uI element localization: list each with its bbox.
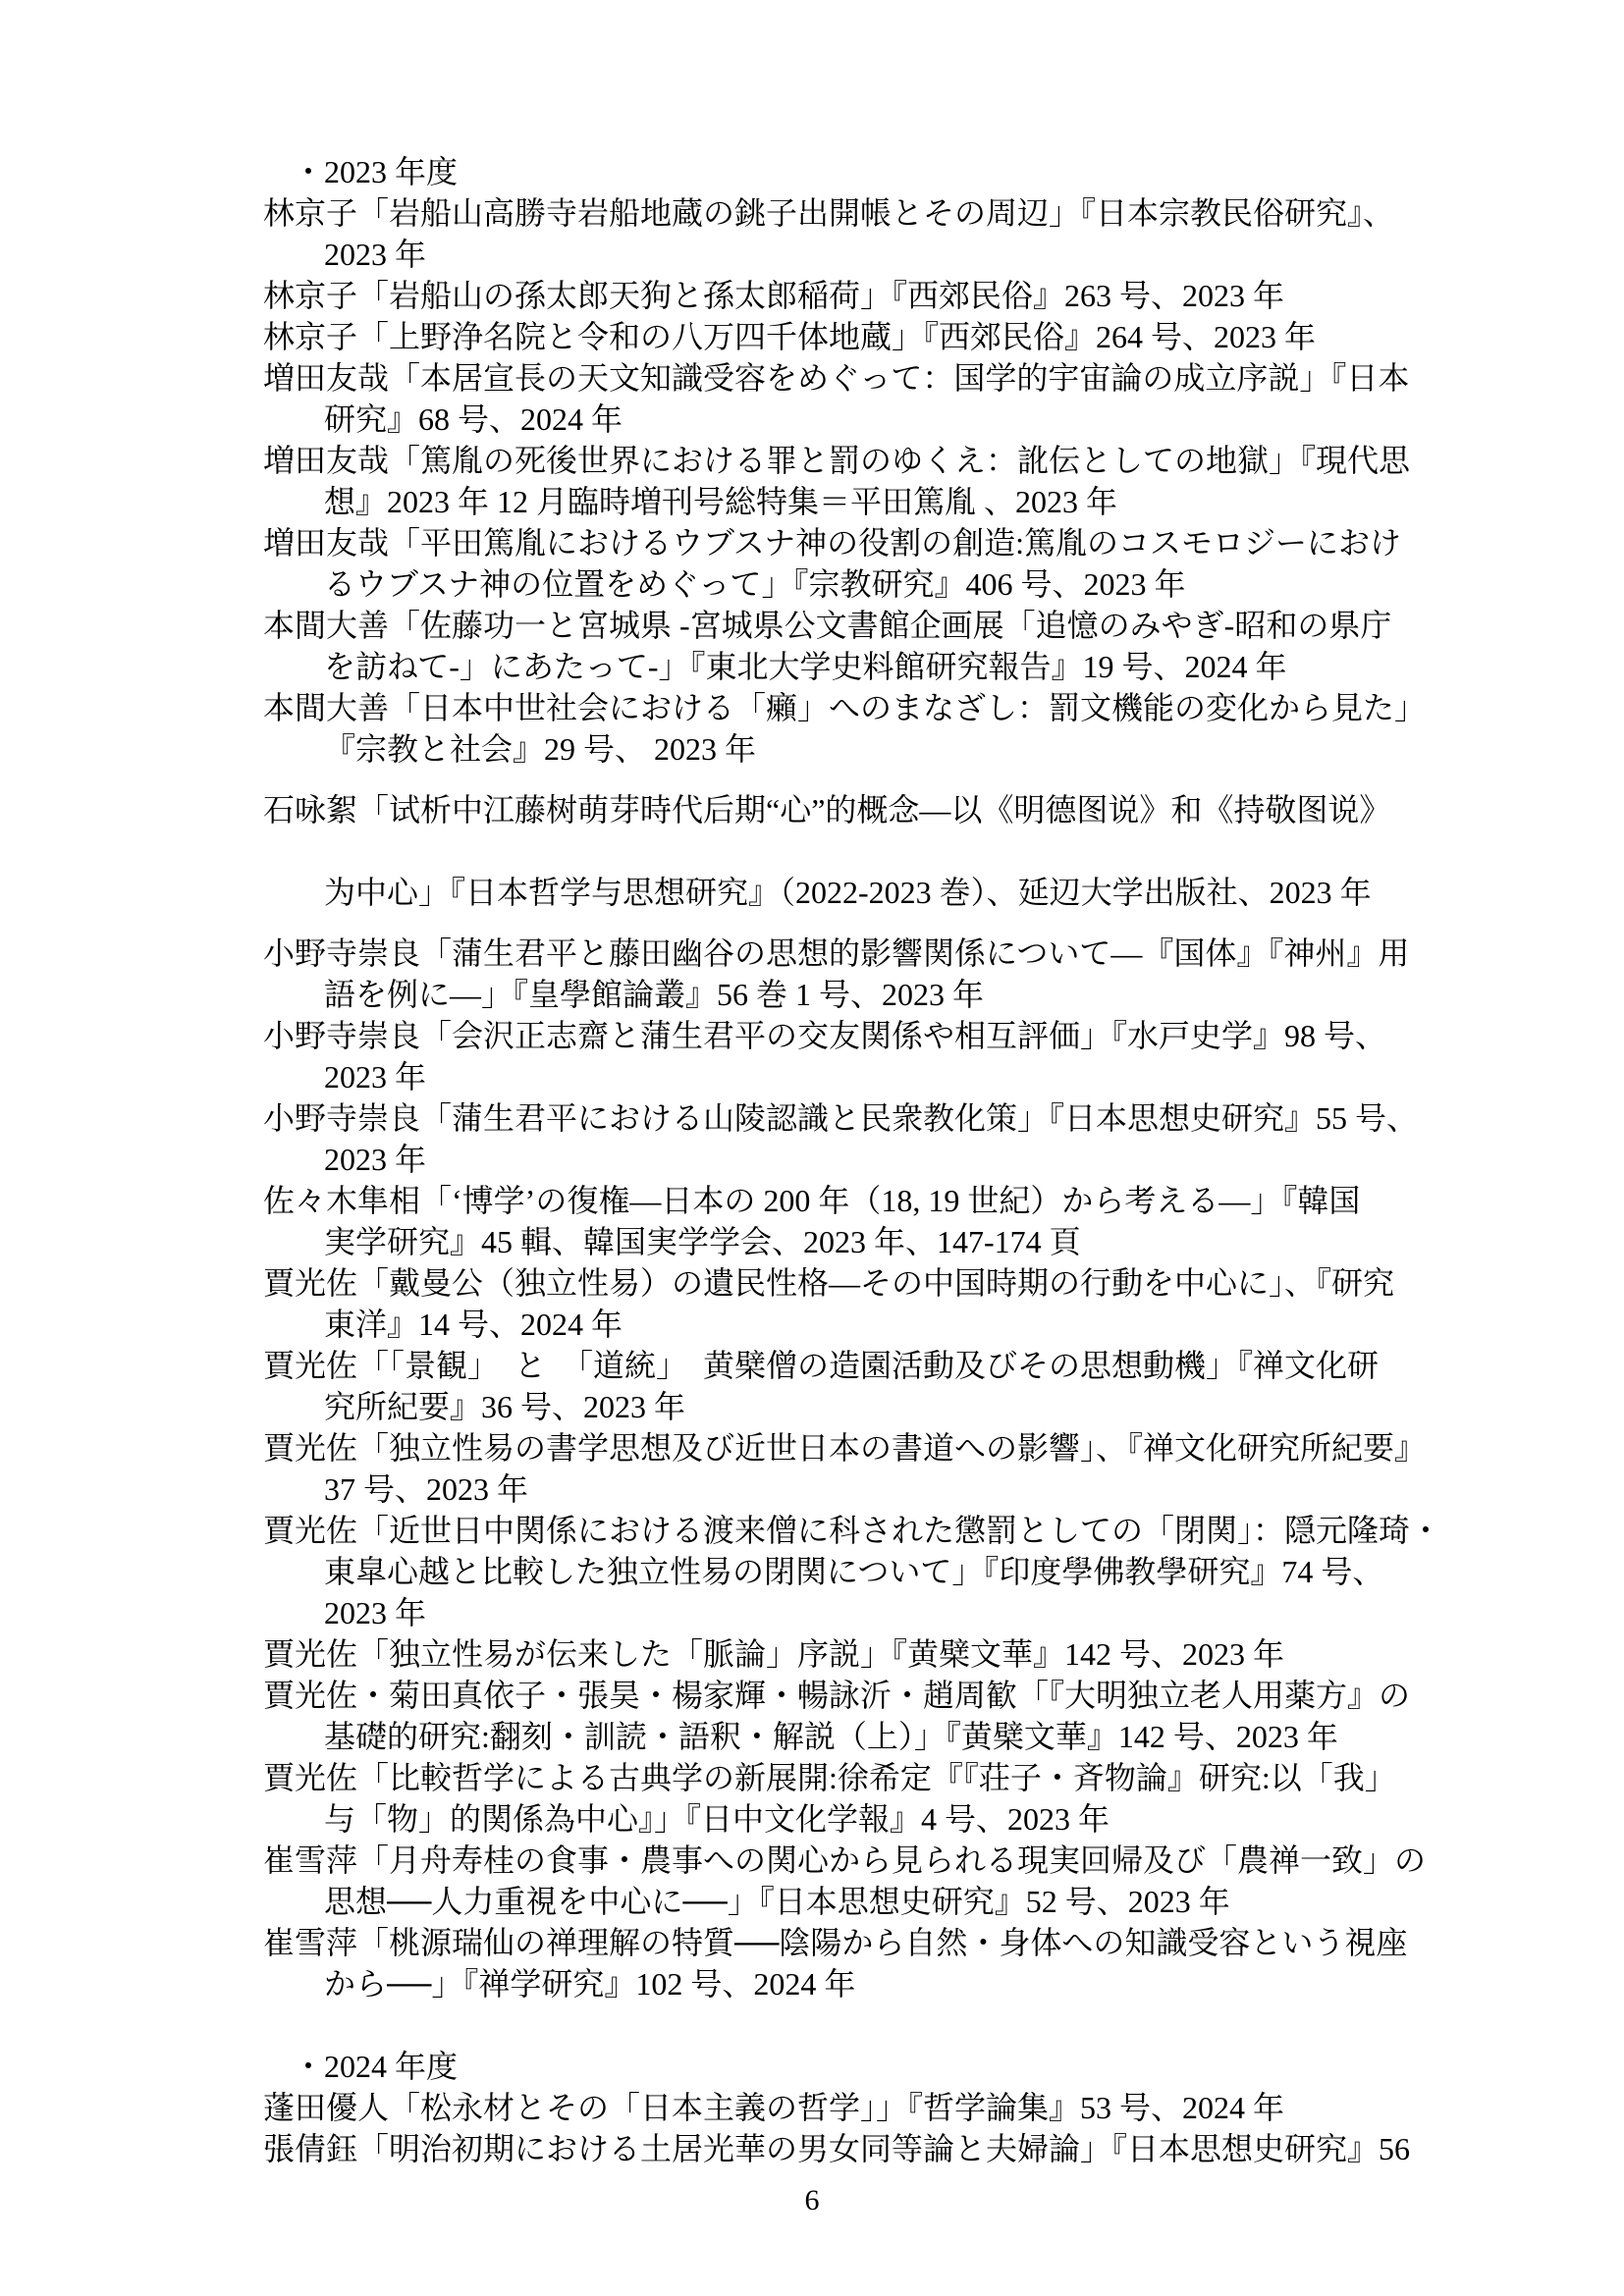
citation-line: 『宗教と社会』29 号、 2023 年 — [263, 728, 1451, 770]
citation-entry: 石咏絮「试析中江藤树萌芽時代后期“心”的概念―以《明德图说》和《持敬图说》为中心… — [263, 789, 1451, 913]
citation-line: を訪ねて-」にあたって-」『東北大学史料館研究報告』19 号、2024 年 — [263, 646, 1451, 687]
citation-line: 基礎的研究:翻刻・訓読・語釈・解説（上）」『黄檗文華』142 号、2023 年 — [263, 1716, 1451, 1757]
citation-line: るウブスナ神の位置をめぐって」『宗教研究』406 号、2023 年 — [263, 563, 1451, 605]
citation-line: 賈光佐「「景観」 と 「道統」 黄檗僧の造園活動及びその思想動機」『禅文化研 — [263, 1345, 1451, 1386]
citation-line: 37 号、2023 年 — [263, 1468, 1451, 1510]
citation-entry: 賈光佐「比較哲学による古典学の新展開:徐希定『『荘子・斉物論』研究:以「我」与「… — [263, 1757, 1451, 1840]
citation-line: 林京子「上野浄名院と令和の八万四千体地蔵」『西郊民俗』264 号、2023 年 — [263, 316, 1451, 357]
citation-entry: 林京子「上野浄名院と令和の八万四千体地蔵」『西郊民俗』264 号、2023 年 — [263, 316, 1451, 357]
citation-entry: 小野寺崇良「蒲生君平における山陵認識と民衆教化策」『日本思想史研究』55 号、2… — [263, 1097, 1451, 1180]
citation-entry: 林京子「岩船山の孫太郎天狗と孫太郎稲荷」『西郊民俗』263 号、2023 年 — [263, 275, 1451, 316]
citation-line: 2023 年 — [263, 1056, 1451, 1097]
citation-entry: 小野寺崇良「会沢正志齋と蒲生君平の交友関係や相互評価」『水戸史学』98 号、20… — [263, 1015, 1451, 1097]
citation-line: 究所紀要』36 号、2023 年 — [263, 1386, 1451, 1427]
citation-entry: 賈光佐「独立性易の書学思想及び近世日本の書道への影響」、『禅文化研究所紀要』37… — [263, 1427, 1451, 1510]
citation-entry: 佐々木隼相「‘博学’の復権―日本の 200 年（18, 19 世紀）から考える―… — [263, 1180, 1451, 1262]
citation-line: 賈光佐「比較哲学による古典学の新展開:徐希定『『荘子・斉物論』研究:以「我」 — [263, 1757, 1451, 1798]
citation-line: 林京子「岩船山の孫太郎天狗と孫太郎稲荷」『西郊民俗』263 号、2023 年 — [263, 275, 1451, 316]
citation-line: 石咏絮「试析中江藤树萌芽時代后期“心”的概念―以《明德图说》和《持敬图说》 — [263, 789, 1451, 830]
citation-line: 2023 年 — [263, 1139, 1451, 1180]
citation-entry: 小野寺崇良「蒲生君平と藤田幽谷の思想的影響関係について―『国体』『神州』用語を例… — [263, 933, 1451, 1015]
citation-line: 賈光佐「戴曼公（独立性易）の遺民性格―その中国時期の行動を中心に」、『研究 — [263, 1262, 1451, 1304]
citation-line: 本間大善「日本中世社会における「癩」へのまなざし：罰文機能の変化から見た」 — [263, 687, 1451, 728]
citation-entry: 蓬田優人「松永材とその「日本主義の哲学」」『哲学論集』53 号、2024 年 — [263, 2087, 1451, 2128]
citation-entry: 林京子「岩船山高勝寺岩船地蔵の銚子出開帳とその周辺」『日本宗教民俗研究』、202… — [263, 192, 1451, 275]
citation-entry: 増田友哉「平田篤胤におけるウブスナ神の役割の創造:篤胤のコスモロジーにおけるウブ… — [263, 522, 1451, 605]
document-page: ・2023 年度林京子「岩船山高勝寺岩船地蔵の銚子出開帳とその周辺」『日本宗教民… — [0, 0, 1624, 2296]
citation-entry: 崔雪萍「桃源瑞仙の禅理解の特質──陰陽から自然・身体への知識受容という視座から─… — [263, 1922, 1451, 2004]
citation-entry: 崔雪萍「月舟寿桂の食事・農事への関心から見られる現実回帰及び「農禅一致」の思想─… — [263, 1840, 1451, 1922]
citation-entry: 本間大善「日本中世社会における「癩」へのまなざし：罰文機能の変化から見た」『宗教… — [263, 687, 1451, 770]
citation-line: 張倩鈺「明治初期における土居光華の男女同等論と夫婦論」『日本思想史研究』56 — [263, 2128, 1451, 2169]
section-heading: ・2023 年度 — [263, 151, 1451, 192]
citation-line: から──」『禅学研究』102 号、2024 年 — [263, 1963, 1451, 2004]
citation-line: 賈光佐「独立性易の書学思想及び近世日本の書道への影響」、『禅文化研究所紀要』 — [263, 1427, 1451, 1468]
citation-line: 与「物」的関係為中心』」『日中文化学報』4 号、2023 年 — [263, 1798, 1451, 1840]
citation-entry: 賈光佐「戴曼公（独立性易）の遺民性格―その中国時期の行動を中心に」、『研究東洋』… — [263, 1262, 1451, 1345]
citation-line: 本間大善「佐藤功一と宮城県 -宮城県公文書館企画展「追憶のみやぎ-昭和の県庁 — [263, 605, 1451, 646]
citation-line: 実学研究』45 輯、韓国実学学会、2023 年、147-174 頁 — [263, 1221, 1451, 1262]
citation-line: 賈光佐・菊田真依子・張昊・楊家輝・暢詠沂・趙周歓「『大明独立老人用薬方』の — [263, 1675, 1451, 1716]
citation-line: 林京子「岩船山高勝寺岩船地蔵の銚子出開帳とその周辺」『日本宗教民俗研究』、 — [263, 192, 1451, 234]
citation-line: 为中心」『日本哲学与思想研究』（2022-2023 巻）、延辺大学出版社、202… — [263, 872, 1451, 913]
citation-entry: 増田友哉「篤胤の死後世界における罪と罰のゆくえ：訛伝としての地獄」『現代思想』2… — [263, 440, 1451, 522]
citation-line: 賈光佐「近世日中関係における渡来僧に科された懲罰としての「閉関」：隠元隆琦・ — [263, 1510, 1451, 1551]
citation-line: 増田友哉「平田篤胤におけるウブスナ神の役割の創造:篤胤のコスモロジーにおけ — [263, 522, 1451, 563]
citation-line: 東洋』14 号、2024 年 — [263, 1304, 1451, 1345]
citation-entry: 賈光佐「近世日中関係における渡来僧に科された懲罰としての「閉関」：隠元隆琦・東皐… — [263, 1510, 1451, 1633]
citation-entry: 賈光佐「「景観」 と 「道統」 黄檗僧の造園活動及びその思想動機」『禅文化研究所… — [263, 1345, 1451, 1427]
citation-line: 増田友哉「本居宣長の天文知識受容をめぐって：国学的宇宙論の成立序説」『日本 — [263, 357, 1451, 399]
citation-line: 佐々木隼相「‘博学’の復権―日本の 200 年（18, 19 世紀）から考える―… — [263, 1180, 1451, 1221]
citation-line: 賈光佐「独立性易が伝来した「脈論」序説」『黄檗文華』142 号、2023 年 — [263, 1633, 1451, 1675]
citation-entry: 賈光佐・菊田真依子・張昊・楊家輝・暢詠沂・趙周歓「『大明独立老人用薬方』の基礎的… — [263, 1675, 1451, 1757]
citation-line: 蓬田優人「松永材とその「日本主義の哲学」」『哲学論集』53 号、2024 年 — [263, 2087, 1451, 2128]
citation-entry: 賈光佐「独立性易が伝来した「脈論」序説」『黄檗文華』142 号、2023 年 — [263, 1633, 1451, 1675]
citation-line: 想』2023 年 12 月臨時増刊号総特集＝平田篤胤 、2023 年 — [263, 481, 1451, 522]
citation-entry: 増田友哉「本居宣長の天文知識受容をめぐって：国学的宇宙論の成立序説」『日本研究』… — [263, 357, 1451, 440]
citation-line: 2023 年 — [263, 234, 1451, 275]
citation-line: 小野寺崇良「蒲生君平と藤田幽谷の思想的影響関係について―『国体』『神州』用 — [263, 933, 1451, 974]
citation-line: 東皐心越と比較した独立性易の閉関について」『印度學佛教學研究』74 号、 — [263, 1551, 1451, 1592]
citation-line: 小野寺崇良「蒲生君平における山陵認識と民衆教化策」『日本思想史研究』55 号、 — [263, 1097, 1451, 1139]
citation-entry: 本間大善「佐藤功一と宮城県 -宮城県公文書館企画展「追憶のみやぎ-昭和の県庁を訪… — [263, 605, 1451, 687]
bibliography: ・2023 年度林京子「岩船山高勝寺岩船地蔵の銚子出開帳とその周辺」『日本宗教民… — [263, 151, 1451, 2169]
citation-line: 語を例に―」『皇學館論叢』56 巻 1 号、2023 年 — [263, 974, 1451, 1015]
citation-line: 小野寺崇良「会沢正志齋と蒲生君平の交友関係や相互評価」『水戸史学』98 号、 — [263, 1015, 1451, 1056]
citation-line: 思想──人力重視を中心に──」『日本思想史研究』52 号、2023 年 — [263, 1881, 1451, 1922]
citation-line: 研究』68 号、2024 年 — [263, 399, 1451, 440]
citation-line: 崔雪萍「桃源瑞仙の禅理解の特質──陰陽から自然・身体への知識受容という視座 — [263, 1922, 1451, 1963]
page-number: 6 — [0, 2183, 1624, 2218]
citation-line: 2023 年 — [263, 1592, 1451, 1633]
section-heading: ・2024 年度 — [263, 2046, 1451, 2087]
citation-line: 増田友哉「篤胤の死後世界における罪と罰のゆくえ：訛伝としての地獄」『現代思 — [263, 440, 1451, 481]
citation-entry: 張倩鈺「明治初期における土居光華の男女同等論と夫婦論」『日本思想史研究』56 — [263, 2128, 1451, 2169]
citation-line: 崔雪萍「月舟寿桂の食事・農事への関心から見られる現実回帰及び「農禅一致」の — [263, 1840, 1451, 1881]
